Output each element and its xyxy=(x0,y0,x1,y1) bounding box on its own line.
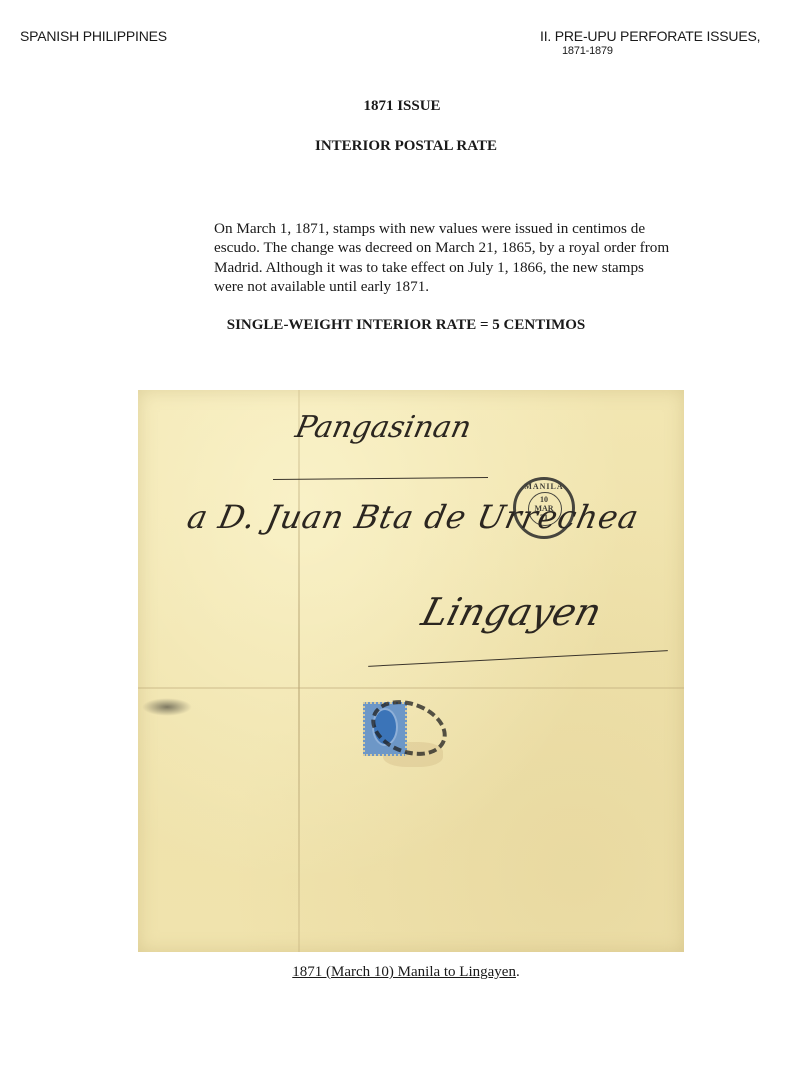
rate-heading: SINGLE-WEIGHT INTERIOR RATE = 5 CENTIMOS xyxy=(0,317,812,334)
page-title: 1871 ISSUE xyxy=(0,98,808,115)
postmark-city: MANILA xyxy=(516,482,572,491)
address-province: Pangasinan xyxy=(292,410,474,445)
caption-period: . xyxy=(516,964,520,980)
postal-cover-image: Pangasinan a D. Juan Bta de Urrechea Lin… xyxy=(138,390,684,952)
postmark-day: 10 xyxy=(516,495,572,504)
horizontal-fold xyxy=(138,687,684,689)
vertical-fold xyxy=(298,390,300,952)
page-subtitle: INTERIOR POSTAL RATE xyxy=(0,138,812,155)
address-underline xyxy=(273,477,488,480)
caption-text: 1871 (March 10) Manila to Lingayen xyxy=(292,964,516,980)
postmark-year: 71 xyxy=(516,513,572,522)
section-title: II. PRE-UPU PERFORATE ISSUES, xyxy=(540,28,760,44)
description-paragraph: On March 1, 1871, stamps with new values… xyxy=(214,219,674,296)
cover-caption: 1871 (March 10) Manila to Lingayen. xyxy=(0,964,812,981)
section-header: II. PRE-UPU PERFORATE ISSUES, 1871-1879 xyxy=(540,28,760,57)
address-town: Lingayen xyxy=(417,590,606,634)
section-years: 1871-1879 xyxy=(562,45,760,57)
postmark-month: MAR xyxy=(516,504,572,513)
collection-header: SPANISH PHILIPPINES xyxy=(20,28,167,44)
town-underline xyxy=(368,650,668,667)
manila-postmark: MANILA 10 MAR 71 xyxy=(513,477,575,539)
ink-smudge xyxy=(142,698,192,716)
